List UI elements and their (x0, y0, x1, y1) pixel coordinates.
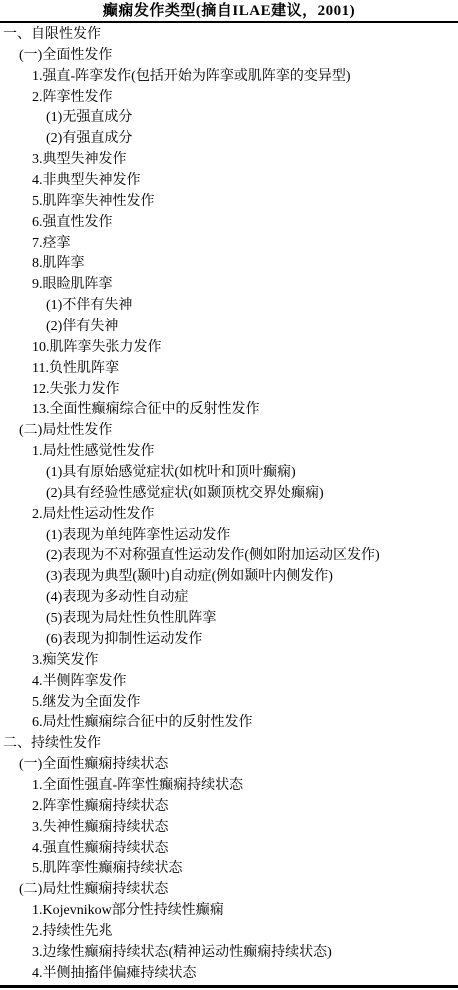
outline-line: (2)具有经验性感觉症状(如颞顶枕交界处癫痫) (0, 484, 458, 505)
document-page: 癫痫发作类型(摘自ILAE建议，2001) 一、自限性发作(一)全面性发作1.强… (0, 0, 458, 990)
outline-line: 13.全面性癫痫综合征中的反射性发作 (0, 400, 458, 421)
outline-line: (2)有强直成分 (0, 129, 458, 150)
outline-line: (二)局灶性癫痫持续状态 (0, 880, 458, 901)
outline-line: (3)表现为典型(颞叶)自动症(例如颞叶内侧发作) (0, 567, 458, 588)
outline-line: 一、自限性发作 (0, 25, 458, 46)
outline-line: 12.失张力发作 (0, 380, 458, 401)
outline-line: 4.强直性癫痫持续状态 (0, 839, 458, 860)
page-title: 癫痫发作类型(摘自ILAE建议，2001) (0, 0, 458, 21)
outline-line: 1.强直-阵挛发作(包括开始为阵挛或肌阵挛的变异型) (0, 67, 458, 88)
outline-line: 5.肌阵挛性癫痫持续状态 (0, 859, 458, 880)
outline-line: 6.强直性发作 (0, 213, 458, 234)
outline-line: 2.持续性先兆 (0, 922, 458, 943)
outline-line: (5)表现为局灶性负性肌阵挛 (0, 609, 458, 630)
outline-line: (二)局灶性发作 (0, 421, 458, 442)
outline-line: 8.肌阵挛 (0, 254, 458, 275)
outline-line: (1)无强直成分 (0, 108, 458, 129)
outline-line: 3.典型失神发作 (0, 150, 458, 171)
outline-line: (4)表现为多动性自动症 (0, 588, 458, 609)
outline-line: 6.局灶性癫痫综合征中的反射性发作 (0, 713, 458, 734)
outline-line: 11.负性肌阵挛 (0, 359, 458, 380)
outline-line: 3.边缘性癫痫持续状态(精神运动性癫痫持续状态) (0, 943, 458, 964)
outline-line: (2)表现为不对称强直性运动发作(侧如附加运动区发作) (0, 546, 458, 567)
outline-line: 二、持续性发作 (0, 734, 458, 755)
outline-line: 9.眼睑肌阵挛 (0, 275, 458, 296)
outline-line: (2)伴有失神 (0, 317, 458, 338)
outline-line: 4.非典型失神发作 (0, 171, 458, 192)
outline-line: 10.肌阵挛失张力发作 (0, 338, 458, 359)
outline-line: (1)具有原始感觉症状(如枕叶和顶叶癫痫) (0, 463, 458, 484)
outline-line: 2.阵挛性发作 (0, 88, 458, 109)
bottom-divider (0, 985, 458, 988)
outline-line: (一)全面性发作 (0, 46, 458, 67)
outline-line: 5.肌阵挛失神性发作 (0, 192, 458, 213)
outline-line: (一)全面性癫痫持续状态 (0, 755, 458, 776)
outline-line: 7.痉挛 (0, 234, 458, 255)
outline-line: 1.Kojevnikow部分性持续性癫痫 (0, 901, 458, 922)
outline-line: 4.半侧阵挛发作 (0, 672, 458, 693)
outline-line: 1.局灶性感觉性发作 (0, 442, 458, 463)
outline-line: 4.半侧抽搐伴偏瘫持续状态 (0, 964, 458, 985)
outline-list: 一、自限性发作(一)全面性发作1.强直-阵挛发作(包括开始为阵挛或肌阵挛的变异型… (0, 23, 458, 985)
outline-line: 3.痴笑发作 (0, 651, 458, 672)
outline-line: (1)表现为单纯阵挛性运动发作 (0, 526, 458, 547)
outline-line: 2.局灶性运动性发作 (0, 505, 458, 526)
outline-line: (1)不伴有失神 (0, 296, 458, 317)
outline-line: 3.失神性癫痫持续状态 (0, 818, 458, 839)
outline-line: 1.全面性强直-阵挛性癫痫持续状态 (0, 776, 458, 797)
outline-line: (6)表现为抑制性运动发作 (0, 630, 458, 651)
outline-line: 5.继发为全面发作 (0, 693, 458, 714)
outline-line: 2.阵挛性癫痫持续状态 (0, 797, 458, 818)
